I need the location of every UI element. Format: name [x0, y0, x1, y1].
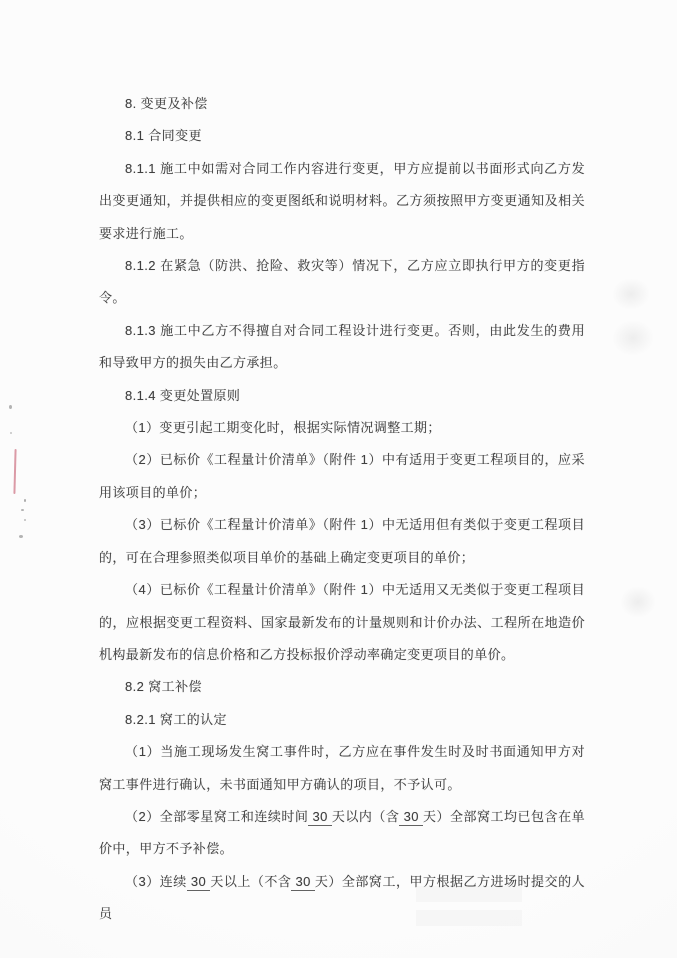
paragraph-text: 8.1.1 施工中如需对合同工作内容进行变更，甲方应提前以书面形式向乙方发出变更…	[99, 161, 585, 241]
paragraph: 8.2 窝工补偿	[99, 671, 585, 703]
scan-smudge	[620, 586, 656, 618]
margin-speck	[10, 432, 12, 434]
scan-smudge	[612, 278, 650, 310]
paragraph: （2）已标价《工程量计价清单》（附件 1）中有适用于变更工程项目的，应采用该项目…	[99, 444, 585, 509]
filled-blank-underline: 30	[187, 874, 211, 891]
paragraph-text: 8.1.4 变更处置原则	[125, 388, 240, 403]
filled-blank-underline: 30	[308, 809, 332, 826]
scan-artifact-rect	[416, 886, 522, 902]
margin-speck	[24, 519, 26, 521]
paragraph: （2）全部零星窝工和连续时间 30 天以内（含 30 天）全部窝工均已包含在单价…	[99, 801, 585, 866]
paragraph-text: （4）已标价《工程量计价清单》（附件 1）中无适用又无类似于变更工程项目的，应根…	[99, 582, 585, 662]
paragraph-text: 8.1.3 施工中乙方不得擅自对合同工程设计进行变更。否则，由此发生的费用和导致…	[99, 323, 585, 370]
margin-speck	[19, 535, 23, 538]
scan-smudge	[612, 320, 654, 356]
paragraph: 8. 变更及补偿	[99, 88, 585, 120]
paragraph-text: 天以内（含	[332, 809, 400, 824]
margin-speck	[24, 499, 26, 502]
paragraph: 8.1 合同变更	[99, 120, 585, 152]
paragraph-text: 天以上（不含	[210, 874, 291, 889]
document-body: 8. 变更及补偿8.1 合同变更8.1.1 施工中如需对合同工作内容进行变更，甲…	[99, 88, 585, 931]
paragraph-text: （1）当施工现场发生窝工事件时，乙方应在事件发生时及时书面通知甲方对窝工事件进行…	[99, 744, 585, 791]
paragraph-text: 8.1.2 在紧急（防洪、抢险、救灾等）情况下，乙方应立即执行甲方的变更指令。	[99, 258, 585, 305]
filled-blank-underline: 30	[399, 809, 423, 826]
document-page: 8. 变更及补偿8.1 合同变更8.1.1 施工中如需对合同工作内容进行变更，甲…	[0, 0, 677, 958]
scan-artifact-rect	[416, 910, 522, 926]
paragraph-text: （2）全部零星窝工和连续时间	[125, 809, 308, 824]
paragraph: （4）已标价《工程量计价清单》（附件 1）中无适用又无类似于变更工程项目的，应根…	[99, 574, 585, 671]
paragraph: 8.1.2 在紧急（防洪、抢险、救灾等）情况下，乙方应立即执行甲方的变更指令。	[99, 250, 585, 315]
paragraph: （1）当施工现场发生窝工事件时，乙方应在事件发生时及时书面通知甲方对窝工事件进行…	[99, 736, 585, 801]
paragraph-text: （3）连续	[125, 874, 187, 889]
paragraph: 8.1.1 施工中如需对合同工作内容进行变更，甲方应提前以书面形式向乙方发出变更…	[99, 153, 585, 250]
paragraph-text: （3）已标价《工程量计价清单》（附件 1）中无适用但有类似于变更工程项目的，可在…	[99, 517, 585, 564]
margin-speck	[21, 509, 24, 511]
paragraph-text: （1）变更引起工期变化时，根据实际情况调整工期；	[125, 420, 441, 435]
paragraph-text: 8.2.1 窝工的认定	[125, 712, 227, 727]
paragraph: （1）变更引起工期变化时，根据实际情况调整工期；	[99, 412, 585, 444]
paragraph-text: 8. 变更及补偿	[125, 96, 208, 111]
paragraph: 8.1.3 施工中乙方不得擅自对合同工程设计进行变更。否则，由此发生的费用和导致…	[99, 315, 585, 380]
red-pen-mark	[13, 449, 16, 494]
filled-blank-underline: 30	[291, 874, 315, 891]
paragraph-text: （2）已标价《工程量计价清单》（附件 1）中有适用于变更工程项目的，应采用该项目…	[99, 452, 585, 499]
paragraph: 8.1.4 变更处置原则	[99, 380, 585, 412]
paragraph: 8.2.1 窝工的认定	[99, 704, 585, 736]
paragraph-text: 8.1 合同变更	[125, 128, 202, 143]
margin-speck	[9, 405, 12, 409]
paragraph: （3）已标价《工程量计价清单》（附件 1）中无适用但有类似于变更工程项目的，可在…	[99, 509, 585, 574]
paragraph-text: 8.2 窝工补偿	[125, 679, 202, 694]
